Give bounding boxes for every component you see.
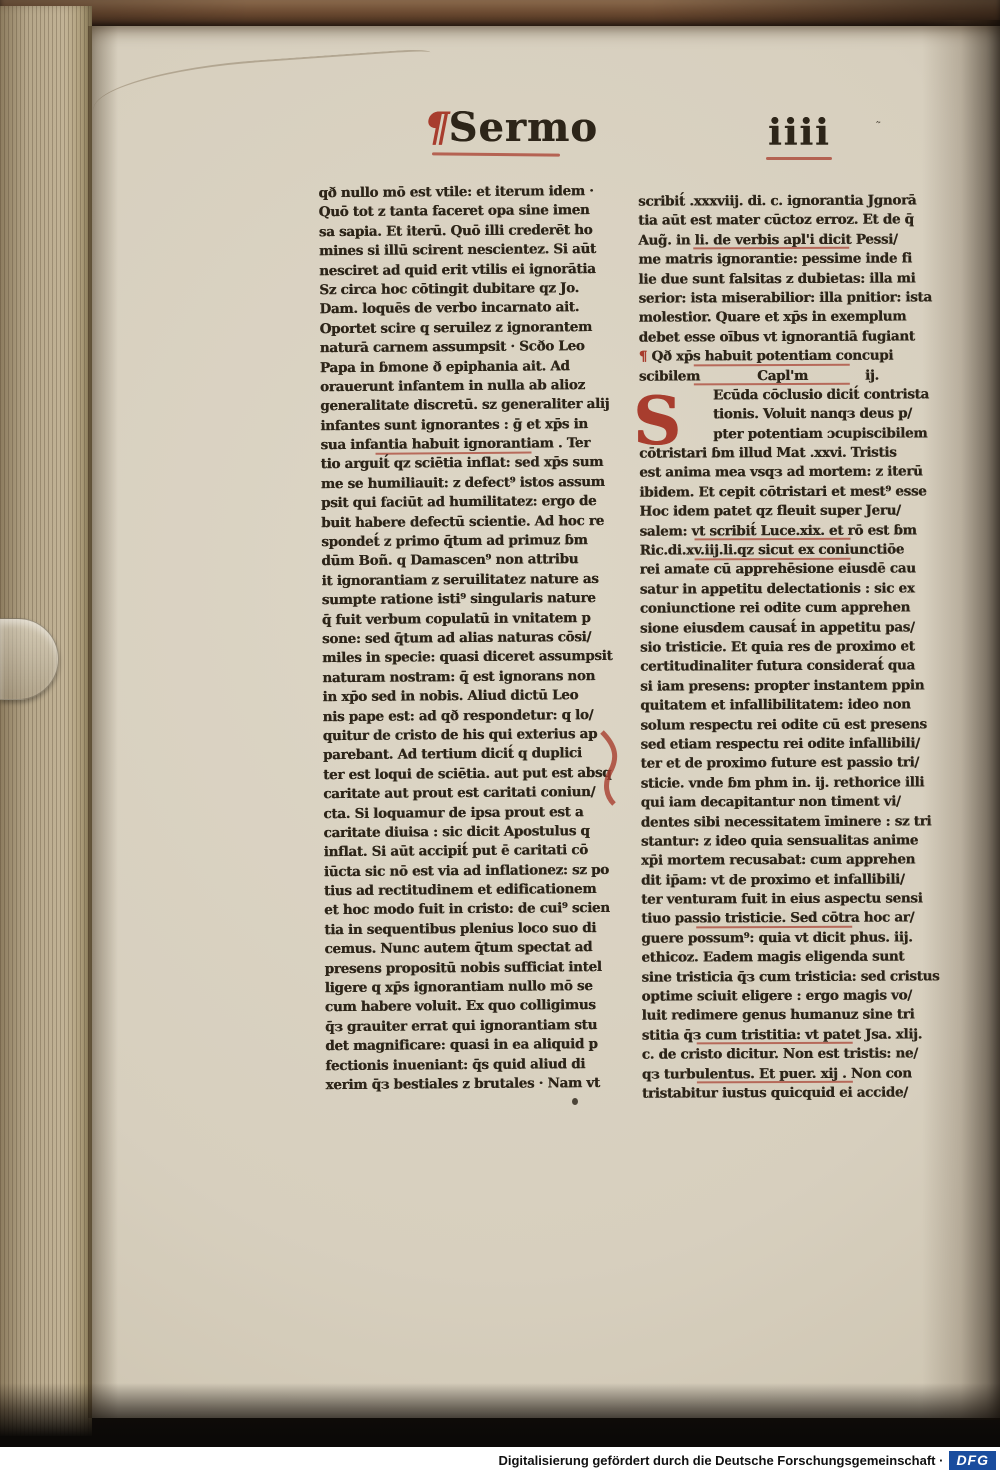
text-line: me se humiliauit: z defect⁹ istos assum (321, 473, 621, 495)
text-line: guere possum⁹: quia vt dicit phus. iij. (641, 928, 941, 949)
text-line: Sz circa hoc cōtingit dubitare qz Jo. (319, 279, 619, 301)
text-line: tio arguit́ qz sciētia inflat: sed xp̄s … (321, 453, 621, 475)
text-line: sio tristicie. Et quia res de proximo et (640, 637, 940, 658)
text-line: psit qui faciūt ad humilitatez: ergo de (321, 492, 621, 514)
text-column-left: qð nullo mō est vtile: et iterum idem ·Q… (318, 182, 625, 1096)
text-line: Papa in ɓmone ð epiphania ait. Ad (320, 356, 620, 378)
text-line: sine tristicia q̄з cum tristicia: sed cr… (641, 967, 941, 988)
book-bottom-shadow (0, 1383, 1000, 1447)
text-line: in xp̄o sed in nobis. Aliud dictū Leo (322, 686, 622, 708)
text-line: orauerunt infantem in nulla ab alioz (320, 376, 620, 398)
text-line: nis pape est: ad qð respondetur: q lo/ (323, 705, 623, 727)
text-line: it ignorantiam z seruilitatez nature as (321, 570, 621, 592)
text-line: tristabitur iustus quicquid ei accide/ (642, 1083, 942, 1104)
text-line: molestior. Quare et xp̄s in exemplum (639, 308, 939, 329)
text-line: pter potentiam ɔcupiscibilem (639, 424, 939, 445)
drop-cap-initial: S (633, 390, 681, 452)
text-line: inflat. Si aūt accipit́ put ē caritati c… (324, 841, 624, 863)
text-line: c. de cristo dicitur. Non est tristis: n… (642, 1045, 942, 1066)
text-line: et hoc modo fuit in cristo: de cui⁹ scie… (324, 899, 624, 921)
text-line: ethicoz. Eadem magis eligenda sunt (641, 948, 941, 969)
text-line: debet esse oībus vt ignorantiā fugiant (639, 327, 939, 348)
text-line: xerim q̄з bestiales z brutales · Nam vt (325, 1074, 625, 1096)
text-line: sua infantia habuit ignorantiam . Ter (320, 434, 620, 456)
dfg-logo: DFG (949, 1451, 996, 1470)
text-line: serior: ista miserabilior: illa pnitior:… (638, 288, 938, 309)
text-line: spondet́ z primo q̄tum ad primuz ɓm (321, 531, 621, 553)
text-line: det magnificare: quasi in ea aliquid p (325, 1035, 625, 1057)
text-line: tia aūt est mater cūctoz erroz. Et de q̄ (638, 211, 938, 232)
text-line: luit redimere genus humanuz sine tri (642, 1006, 942, 1027)
text-line: parebant. Ad tertium dicit́ q duplici (323, 744, 623, 766)
text-line: nesciret ad quid erit vtilis ei ignorāti… (319, 259, 619, 281)
running-title: ¶Sermo (424, 104, 598, 151)
text-line: stantur: z ideo quia sensualitas anime (641, 831, 941, 852)
text-line: solum respectu rei odite cū est presens (640, 715, 940, 736)
text-line: cta. Si loquamur de ipsa prout est a (323, 802, 623, 824)
text-line: dūm Boñ. q Damascen⁹ non attribu (321, 550, 621, 572)
text-line: ter et de proximo future est passio tri/ (640, 754, 940, 775)
leather-shading (0, 0, 1000, 28)
text-line: caritate aut prout est caritati coniun/ (323, 783, 623, 805)
text-line: sa sapia. Et iterū. Quō illi crederēt ho (319, 221, 619, 243)
text-line: coniunctione rei odite cum apprehen (640, 599, 940, 620)
text-line: qð nullo mō est vtile: et iterum idem · (318, 182, 618, 204)
digitization-credit-bar: Digitalisierung gefördert durch die Deut… (0, 1447, 1000, 1474)
text-line: xp̄i mortem recusabat: cum apprehen (641, 851, 941, 872)
page-block-edge (0, 6, 92, 1436)
text-line: fectionis inueniant: q̄s quid aliud di (325, 1054, 625, 1076)
text-line: Oportet scire q seruilez z ignorantem (319, 318, 619, 340)
credit-text: Digitalisierung gefördert durch die Deut… (498, 1453, 943, 1468)
text-line: lie due sunt falsitas z dubietas: illa m… (638, 269, 938, 290)
text-line: cum habere voluit. Ex quo colligimus (325, 996, 625, 1018)
text-line: presens propositū nobis sufficiat intel (325, 957, 625, 979)
text-line: tius ad rectitudinem et edificationem (324, 880, 624, 902)
text-line: dit ip̄am: vt de proximo et infallibili/ (641, 870, 941, 891)
text-line: ter venturam fuit in eius aspectu sensi (641, 889, 941, 910)
text-line: naturam nostram: q̄ est ignorans non (322, 667, 622, 689)
text-line: Dam. loquēs de verbo incarnato ait. (319, 298, 619, 320)
text-line: ¶ Qð xp̄s habuit potentiam concupi (639, 346, 939, 367)
text-line: infantes sunt ignorantes : ḡ et xp̄s in (320, 415, 620, 437)
text-line: est anima mea vsqз ad mortem: z iterū (639, 463, 939, 484)
text-line: sumpte ratione isti⁹ singularis nature (322, 589, 622, 611)
text-line: tia in sequentibus plenius loco suo di (324, 919, 624, 941)
red-margin-flourish-icon (596, 728, 622, 812)
text-line: qui iam decapitantur non timent vi/ (641, 792, 941, 813)
ink-dot (572, 1098, 578, 1105)
red-pilcrow-icon: ¶ (424, 104, 450, 151)
text-line: ligere q xp̄s ignorantiam nullo mō se (325, 977, 625, 999)
folio-number: iiii (768, 112, 831, 154)
text-line: satur in appetitu delectationis : sic ex (640, 579, 940, 600)
text-line: qз turbulentus. Et puer. xij . Non con (642, 1064, 942, 1085)
fore-edge-shadow (922, 20, 1000, 1420)
text-line: Quō tot z tanta faceret opa sine imen (319, 201, 619, 223)
text-line: scribit́ .xxxviij. di. c. ignorantia Jgn… (638, 191, 938, 212)
text-line: tiuo passio tristicie. Sed cōtra hoc ar/ (641, 909, 941, 930)
text-line: dentes sibi necessitatem īminere : sz tr… (641, 812, 941, 833)
text-line: caritate diuisa : sic dicit Apostulus q (323, 822, 623, 844)
text-column-right: scribit́ .xxxviij. di. c. ignorantia Jgn… (638, 191, 942, 1104)
text-line: quitur de cristo de his qui exterius ap (323, 725, 623, 747)
text-line: mines si illū scirent nescientez. Si aūt (319, 240, 619, 262)
running-title-text: Sermo (448, 104, 597, 151)
text-line: sed etiam respectu rei odite infallibili… (640, 734, 940, 755)
text-line: Aug̃. in li. de verbis apl'i dicit Pessi… (638, 230, 938, 251)
text-line: rei amate cū apprehēsione eiusdē cau (640, 560, 940, 581)
text-line: ter est loqui de sciētia. aut put est ab… (323, 764, 623, 786)
text-line: me matris ignorantie: pessime inde fi (638, 250, 938, 271)
text-line: sione eiusdem causat́ in appetitu pas/ (640, 618, 940, 639)
text-line: generalitate discretū. sz generaliter al… (320, 395, 620, 417)
text-line: tionis. Voluit nanqз deus p/ (639, 405, 939, 426)
text-line: cemus. Nunc autem q̄tum spectat ad (324, 938, 624, 960)
text-line: q̄з grauiter errat qui ignorantiam stu (325, 1016, 625, 1038)
book-scan-photo: ¶Sermo iiii ˶ qð nullo mō est vtile: et … (0, 0, 1000, 1474)
text-line: Ecūda cōclusio dicit́ contrista (639, 385, 939, 406)
text-line: Ric.di.xv.iij.li.qz sicut ex coniunctiōe (640, 540, 940, 561)
text-line: iūcta sic nō est via ad inflationez: sz … (324, 860, 624, 882)
text-line: q̄ fuit verbum copulatū in vnitatem p (322, 608, 622, 630)
text-line: certitudinaliter futura considerat́ qua (640, 657, 940, 678)
text-line: naturā carnem assumpsit · Scðo Leo (320, 337, 620, 359)
text-line: stitia q̄з cum tristitia: vt patet Jsa. … (642, 1025, 942, 1046)
text-line: sticie. vnde ɓm phm in. ij. rethorice il… (641, 773, 941, 794)
text-line: cōtristari ɓm illud Mat .xxvi. Tristis (639, 443, 939, 464)
text-line: buit habere defectū scientie. Ad hoc re (321, 511, 621, 533)
gutter-shadow (88, 26, 118, 1418)
text-line: si iam presens: propter instantem ppin (640, 676, 940, 697)
text-line: miles in specie: quasi diceret assumpsit (322, 647, 622, 669)
text-line: salem: vt scribit́ Luce.xix. et rō est ɓ… (639, 521, 939, 542)
red-underline-folio (766, 157, 832, 160)
text-line: Hoc idem patet qz fleuit super Jeru/ (639, 502, 939, 523)
text-line: quitatem et infallibilitatem: ideo non (640, 696, 940, 717)
text-line: optime sciuit eligere : ergo magis vo/ (641, 986, 941, 1007)
text-line: sone: sed q̄tum ad alias naturas cōsi/ (322, 628, 622, 650)
text-line: scibilem Capl'm ij. (639, 366, 939, 387)
text-line: ibidem. Et cepit cōtristari et mest⁹ ess… (639, 482, 939, 503)
